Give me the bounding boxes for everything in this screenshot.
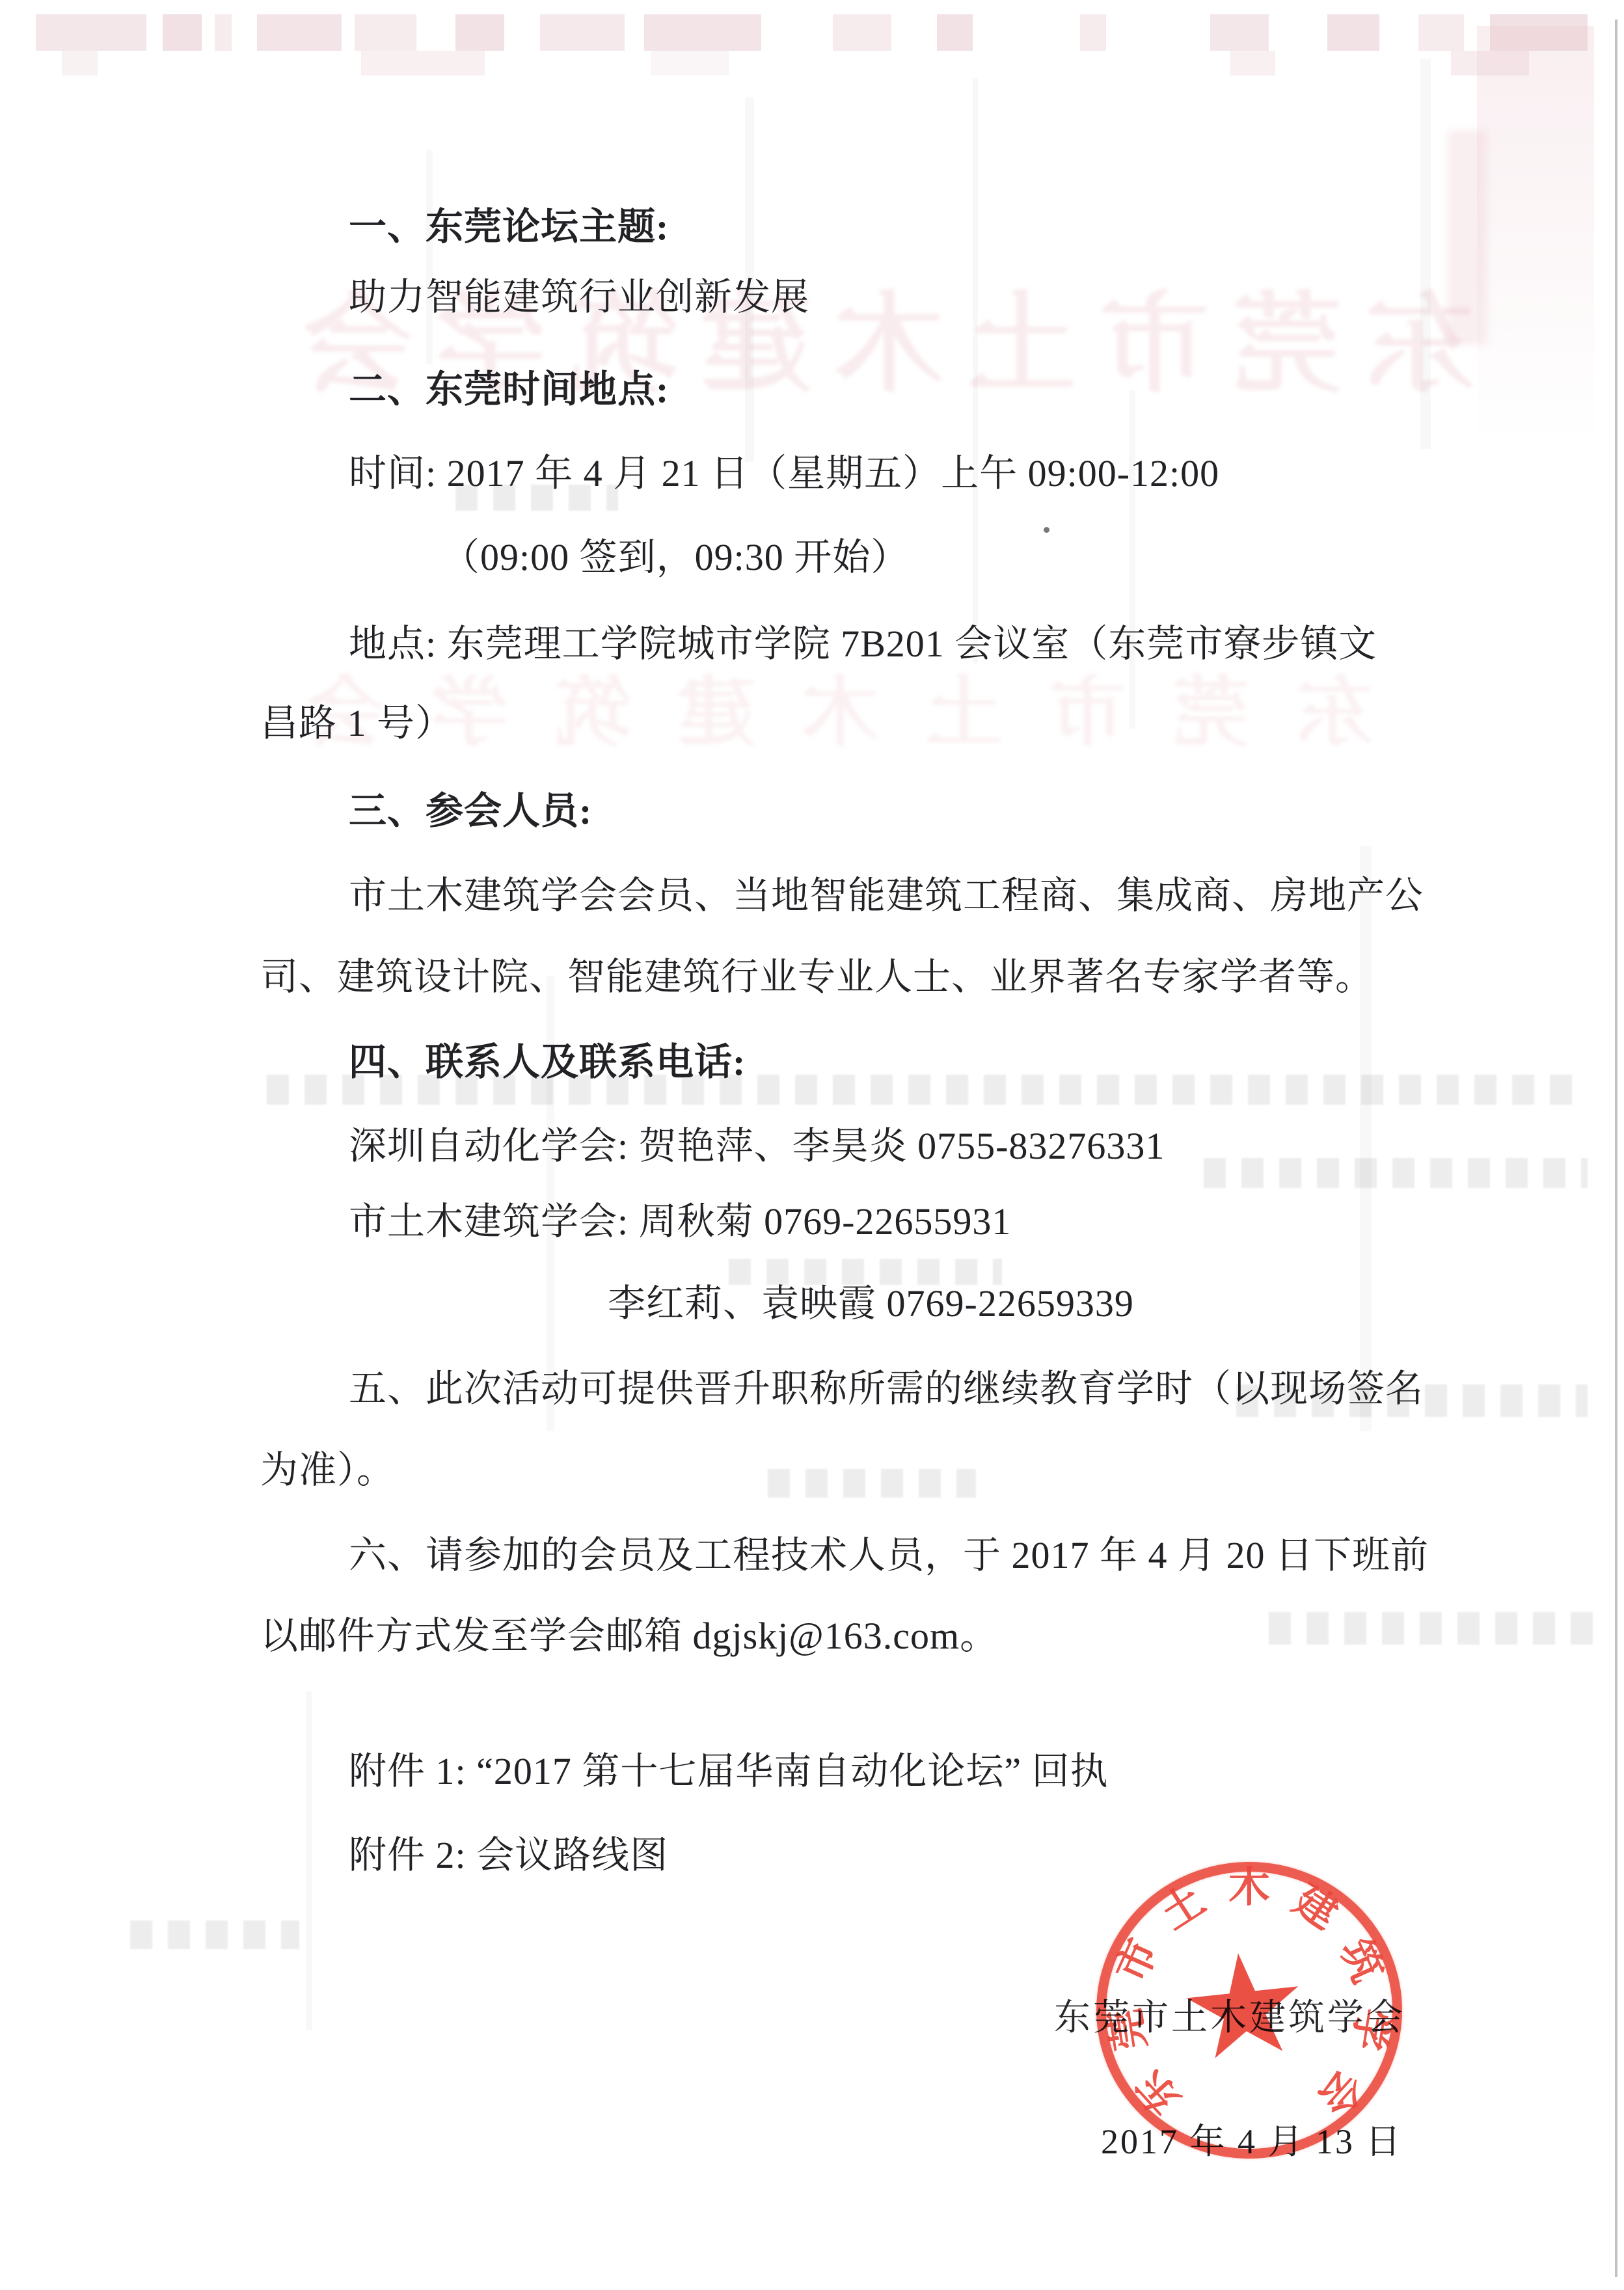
participants-line-1: 市土木建筑学会会员、当地智能建筑工程商、集成商、房地产公 <box>349 874 1424 918</box>
scan-smudge <box>361 51 485 75</box>
scan-smudge <box>651 51 729 75</box>
section5-line-2: 为准）。 <box>260 1449 395 1492</box>
section6-line-2: 以邮件方式发至学会邮箱 dgjskj@163.com。 <box>260 1615 998 1658</box>
section5-line-1: 五、此次活动可提供晋升职称所需的继续教育学时（以现场签名 <box>349 1367 1424 1411</box>
seal-arc-char: 市 <box>1108 1932 1167 1989</box>
scan-smudge <box>62 51 98 75</box>
forum-theme-text: 助力智能建筑行业创新发展 <box>349 276 809 319</box>
scan-smudge <box>540 14 625 51</box>
attachment2-line: 附件 2: 会议路线图 <box>349 1834 668 1878</box>
scan-smudge <box>1210 14 1269 51</box>
seal-arc-char: 建 <box>1286 1877 1346 1939</box>
scan-edge-line <box>1615 20 1617 2277</box>
scan-speck <box>1044 527 1049 533</box>
document-page: 东莞市土木建筑学会 东莞市土木建筑学会 一、东莞论坛主题: 助力智能建筑行业创新… <box>0 0 1624 2290</box>
seal-arc-char: 土 <box>1152 1877 1213 1939</box>
signature-date: 2017 年 4 月 13 日 <box>1101 2114 1403 2164</box>
scan-smudge <box>1230 51 1275 75</box>
signature-org: 东莞市土木建筑学会 <box>1054 1989 1405 2041</box>
scan-smudge-row <box>729 1259 1002 1285</box>
seal-arc-char: 筑 <box>1331 1932 1390 1989</box>
scan-smudge <box>1327 14 1379 51</box>
section2-heading: 二、东莞时间地点: <box>349 368 669 412</box>
participants-line-2: 司、建筑设计院、智能建筑行业专业人士、业界著名专家学者等。 <box>260 956 1374 999</box>
scan-smudge <box>644 14 761 51</box>
scan-smudge <box>1080 14 1106 51</box>
scan-smudge <box>833 14 891 51</box>
scan-streak <box>973 78 978 664</box>
scan-smudge <box>257 14 342 51</box>
seal-arc-char: 木 <box>1228 1865 1271 1911</box>
contact-shenzhen-line: 深圳自动化学会: 贺艳萍、李昊炎 0755-83276331 <box>349 1125 1165 1168</box>
time-note-line: （09:00 签到，09:30 开始） <box>442 536 909 580</box>
scan-smudge-row <box>1204 1158 1588 1188</box>
scan-streak <box>1420 59 1431 449</box>
scan-smudge-row <box>1269 1612 1594 1645</box>
time-line: 时间: 2017 年 4 月 21 日（星期五）上午 09:00-12:00 <box>349 452 1219 496</box>
contact-dongguan-line-2: 李红莉、袁映霞 0769-22659339 <box>608 1282 1134 1326</box>
venue-line-1: 地点: 东莞理工学院城市学院 7B201 会议室（东莞市寮步镇文 <box>349 623 1377 666</box>
contact-dongguan-line-1: 市土木建筑学会: 周秋菊 0769-22655931 <box>349 1200 1011 1244</box>
section6-line-1: 六、请参加的会员及工程技术人员，于 2017 年 4 月 20 日下班前 <box>349 1534 1429 1578</box>
scan-smudge <box>355 14 416 51</box>
venue-line-2: 昌路 1 号） <box>260 702 453 746</box>
scan-streak <box>306 1691 312 2030</box>
scan-smudge-row <box>130 1920 299 1949</box>
scan-smudge <box>1418 14 1464 51</box>
scan-smudge <box>1477 26 1594 442</box>
scan-smudge <box>163 14 202 51</box>
scan-streak <box>426 150 433 364</box>
scan-smudge <box>215 14 232 51</box>
scan-smudge <box>455 14 504 51</box>
scan-streak <box>1129 390 1135 729</box>
attachment1-line: 附件 1: “2017 第十七届华南自动化论坛” 回执 <box>349 1750 1109 1794</box>
section4-heading: 四、联系人及联系电话: <box>349 1041 746 1084</box>
scan-smudge <box>937 14 973 51</box>
scan-streak <box>1360 846 1372 1431</box>
section1-heading: 一、东莞论坛主题: <box>349 206 669 249</box>
section3-heading: 三、参会人员: <box>349 790 592 833</box>
scan-smudge-row <box>768 1469 976 1498</box>
scan-smudge <box>36 14 146 51</box>
